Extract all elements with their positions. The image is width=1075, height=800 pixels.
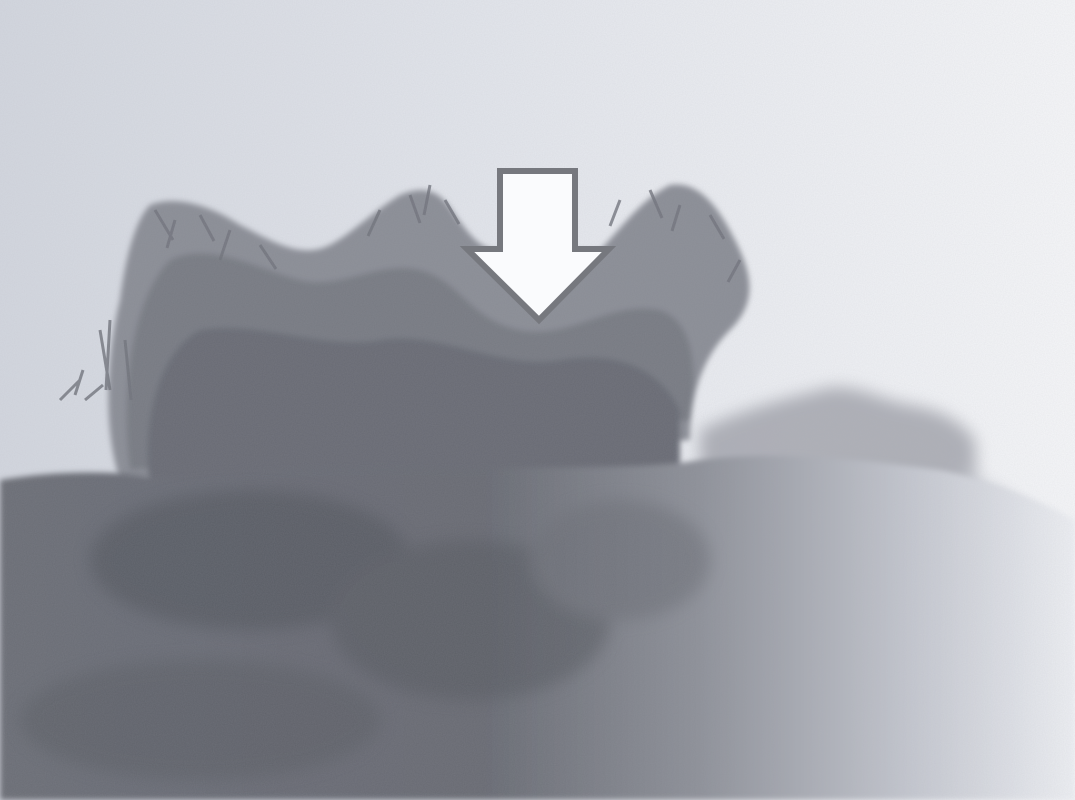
- vegetation-photo: [0, 0, 1075, 800]
- photo-scene: [0, 0, 1075, 800]
- grain-overlay: [0, 0, 1075, 800]
